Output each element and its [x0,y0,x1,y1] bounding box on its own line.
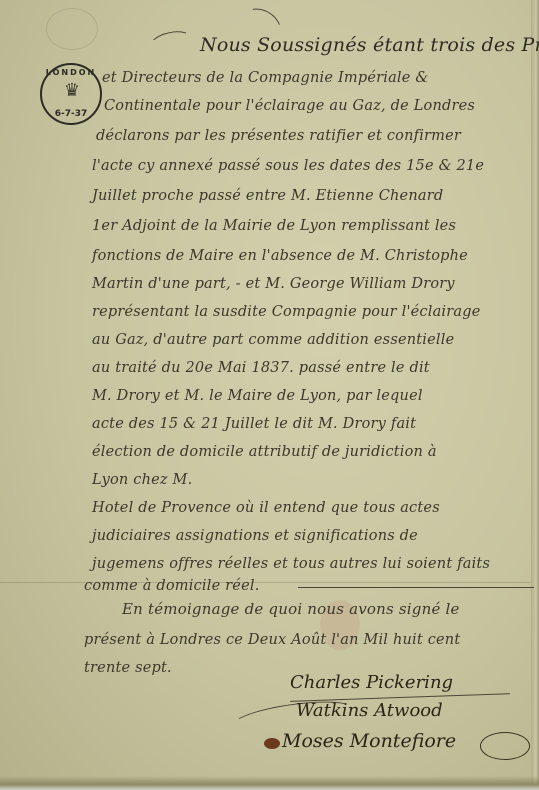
body-line: au traité du 20e Mai 1837. passé entre l… [92,360,430,376]
body-line: M. Drory et M. le Maire de Lyon, par leq… [92,388,423,404]
closing-line: trente sept. [84,660,172,676]
end-rule [298,587,534,588]
signature: Moses Montefiore [282,730,456,752]
faint-postmark [46,8,98,50]
fold-line [0,582,531,583]
crown-icon: ♛ [61,82,83,100]
closing-line: En témoignage de quoi nous avons signé l… [122,600,460,618]
flourish [148,28,193,56]
body-line: 1er Adjoint de la Mairie de Lyon remplis… [92,218,456,234]
body-line: Juillet proche passé entre M. Etienne Ch… [92,188,443,204]
closing-line: présent à Londres ce Deux Août l'an Mil … [84,632,460,648]
body-line: déclarons par les présentes ratifier et … [96,128,461,144]
body-line: au Gaz, d'autre part comme addition esse… [92,332,454,348]
body-line: acte des 15 & 21 Juillet le dit M. Drory… [92,416,416,432]
body-line: jugemens offres réelles et tous autres l… [92,556,490,572]
body-line: Hotel de Provence où il entend que tous … [92,500,440,516]
flourish [480,732,530,760]
body-line: fonctions de Maire en l'absence de M. Ch… [92,248,468,264]
postmark-stamp: LONDON ♛ 6-7-37 [40,63,102,125]
signature: Charles Pickering [290,672,453,693]
body-line: Lyon chez M. [92,472,192,488]
body-line: et Directeurs de la Compagnie Impériale … [102,70,428,86]
postmark-city: LONDON [42,68,100,77]
body-line: Continentale pour l'éclairage au Gaz, de… [104,98,475,114]
body-line: comme à domicile réel. [84,578,260,594]
body-line: représentant la susdite Compagnie pour l… [92,304,481,320]
wax-seal-mark [264,738,280,749]
body-line: Martin d'une part, - et M. George Willia… [92,276,455,292]
body-line: élection de domicile attributif de jurid… [92,444,437,460]
postmark-date: 6-7-37 [42,109,100,119]
letter-page: LONDON ♛ 6-7-37 Nous Soussignés étant tr… [0,0,539,790]
body-line: Nous Soussignés étant trois des Présiden… [200,34,539,56]
body-line: judiciaires assignations et significatio… [92,528,418,544]
signature: Watkins Atwood [296,700,443,721]
paper-edge-bottom [0,776,539,790]
paper-edge [531,0,539,790]
body-line: l'acte cy annexé passé sous les dates de… [92,158,484,174]
